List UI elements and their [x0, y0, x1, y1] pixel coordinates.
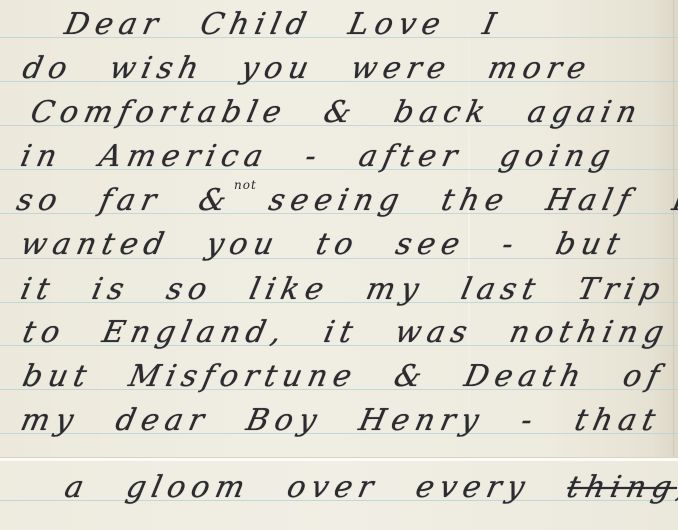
- upper-sheet: Dear Child Love I do wish you were more …: [0, 0, 678, 458]
- line-text: a gloom over every: [62, 470, 572, 505]
- letter-page: Dear Child Love I do wish you were more …: [0, 0, 678, 530]
- handwritten-line: my dear Boy Henry - that cast: [0, 406, 678, 436]
- handwritten-line: do wish you were more: [0, 54, 678, 84]
- handwritten-line: wanted you to see - but: [0, 230, 678, 260]
- lower-sheet: a gloom over every thing,: [0, 461, 678, 530]
- handwritten-line: Comfortable & back again: [0, 98, 678, 128]
- handwritten-line: so far & seeing the Half I: [0, 186, 678, 216]
- handwritten-line: a gloom over every thing,: [0, 473, 678, 503]
- handwritten-line: in America - after going: [0, 142, 678, 172]
- handwritten-line: to England, it was nothing: [0, 318, 678, 348]
- handwritten-line: Dear Child Love I: [0, 10, 678, 40]
- handwritten-line: but Misfortune & Death of: [0, 362, 678, 392]
- struck-word: thing: [564, 470, 678, 505]
- handwritten-line: it is so like my last Trip: [0, 275, 678, 305]
